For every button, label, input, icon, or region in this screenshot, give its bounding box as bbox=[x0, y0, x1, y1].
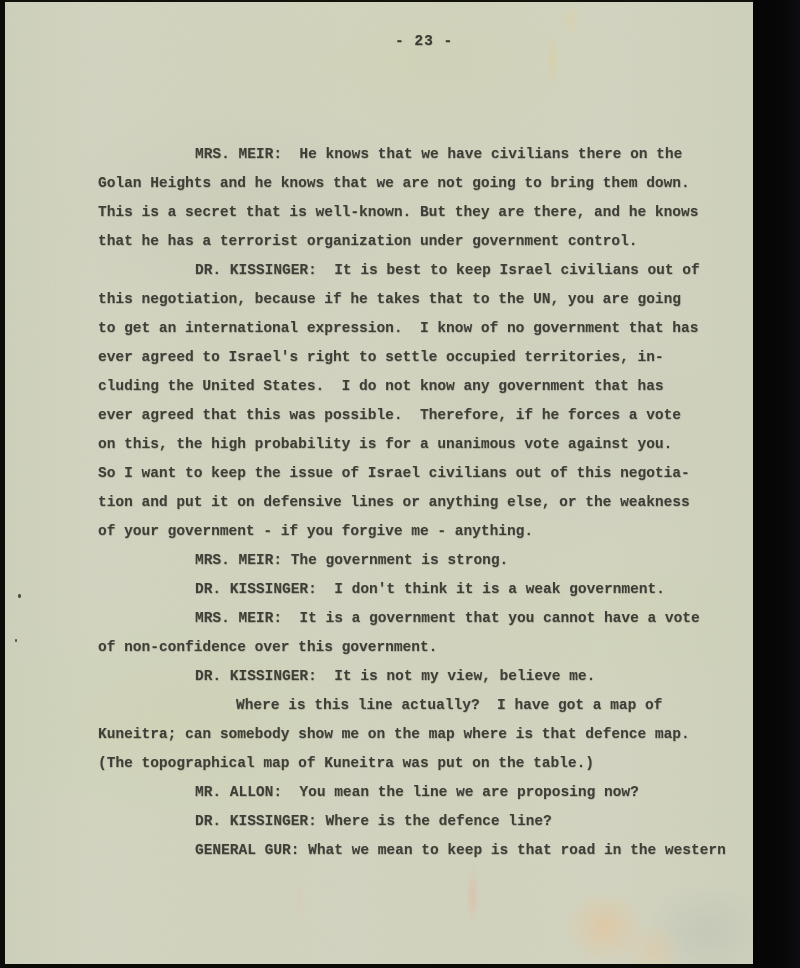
text-line: MRS. MEIR: He knows that we have civilia… bbox=[98, 141, 738, 170]
scanned-document-page: { "page": { "number_label": "- 23 -" }, … bbox=[0, 0, 800, 968]
scan-edge-right bbox=[753, 0, 800, 968]
typed-text-block: MRS. MEIR: He knows that we have civilia… bbox=[98, 141, 738, 866]
text-line: tion and put it on defensive lines or an… bbox=[98, 489, 738, 518]
text-line: cluding the United States. I do not know… bbox=[98, 373, 738, 402]
text-line: This is a secret that is well-known. But… bbox=[98, 199, 738, 228]
text-line: to get an international expression. I kn… bbox=[98, 315, 738, 344]
text-line: MRS. MEIR: It is a government that you c… bbox=[98, 605, 738, 634]
text-line: MR. ALLON: You mean the line we are prop… bbox=[98, 779, 738, 808]
text-line: So I want to keep the issue of Israel ci… bbox=[98, 460, 738, 489]
text-line: (The topographical map of Kuneitra was p… bbox=[98, 750, 738, 779]
text-line: DR. KISSINGER: Where is the defence line… bbox=[98, 808, 738, 837]
text-line: on this, the high probability is for a u… bbox=[98, 431, 738, 460]
ink-speck bbox=[15, 639, 17, 642]
text-line: DR. KISSINGER: It is not my view, believ… bbox=[98, 663, 738, 692]
text-line: Where is this line actually? I have got … bbox=[98, 692, 738, 721]
page-number: - 23 - bbox=[395, 34, 453, 50]
text-line: that he has a terrorist organization und… bbox=[98, 228, 738, 257]
text-line: ever agreed to Israel's right to settle … bbox=[98, 344, 738, 373]
paper-sheet: - 23 - MRS. MEIR: He knows that we have … bbox=[5, 2, 753, 964]
text-line: this negotiation, because if he takes th… bbox=[98, 286, 738, 315]
ink-speck bbox=[18, 594, 21, 598]
text-line: Golan Heights and he knows that we are n… bbox=[98, 170, 738, 199]
text-line: DR. KISSINGER: It is best to keep Israel… bbox=[98, 257, 738, 286]
text-line: of your government - if you forgive me -… bbox=[98, 518, 738, 547]
text-line: DR. KISSINGER: I don't think it is a wea… bbox=[98, 576, 738, 605]
scan-edge-top bbox=[0, 0, 753, 2]
scan-edge-left bbox=[0, 0, 5, 968]
text-line: ever agreed that this was possible. Ther… bbox=[98, 402, 738, 431]
text-line: of non-confidence over this government. bbox=[98, 634, 738, 663]
text-line: Kuneitra; can somebody show me on the ma… bbox=[98, 721, 738, 750]
text-line: GENERAL GUR: What we mean to keep is tha… bbox=[98, 837, 738, 866]
text-line: MRS. MEIR: The government is strong. bbox=[98, 547, 738, 576]
